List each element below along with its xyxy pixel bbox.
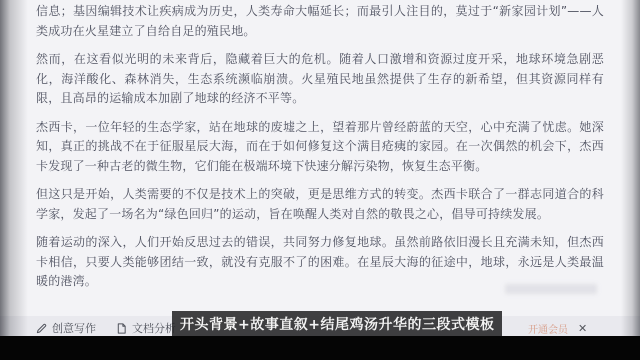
document-icon [116,323,127,334]
video-subtitle: 开头背景+故事直叙+结尾鸡汤升华的三段式模板 [172,311,502,336]
bottom-letterbox [0,336,640,360]
pencil-icon [36,323,47,334]
document-text-area[interactable]: 信息；基因编辑技术让疾病成为历史，人类寿命大幅延长；而最引人注目的，莫过于“新家… [0,0,640,316]
document-analysis-label: 文档分析 [132,320,176,336]
video-frame: 信息；基因编辑技术让疾病成为历史，人类寿命大幅延长；而最引人注目的，莫过于“新家… [0,0,640,360]
membership-banner: 开通会员 ✕ [528,321,587,336]
app-screen: 信息；基因编辑技术让疾病成为历史，人类寿命大幅延长；而最引人注目的，莫过于“新家… [0,0,640,336]
creative-writing-button[interactable]: 创意写作 [36,320,96,336]
document-paragraph: 随着运动的深入，人们开始反思过去的错误，共同努力修复地球。虽然前路依旧漫长且充满… [36,233,604,292]
creative-writing-label: 创意写作 [52,320,96,336]
close-icon[interactable]: ✕ [578,323,587,334]
document-analysis-button[interactable]: 文档分析 [116,320,176,336]
open-membership-link[interactable]: 开通会员 [528,321,568,336]
document-paragraph: 杰西卡，一位年轻的生态学家，站在地球的废墟之上，望着那片曾经蔚蓝的天空，心中充满… [36,118,604,177]
document-paragraph: 但这只是开始，人类需要的不仅是技术上的突破，更是思维方式的转变。杰西卡联合了一群… [36,185,604,224]
document-paragraph: 然而，在这看似光明的未来背后，隐藏着巨大的危机。随着人口激增和资源过度开采，地球… [36,50,604,109]
tool-chips: 创意写作 文档分析 [36,320,176,336]
document-paragraph: 信息；基因编辑技术让疾病成为历史，人类寿命大幅延长；而最引人注目的，莫过于“新家… [36,2,604,41]
faint-watermark [505,284,597,294]
